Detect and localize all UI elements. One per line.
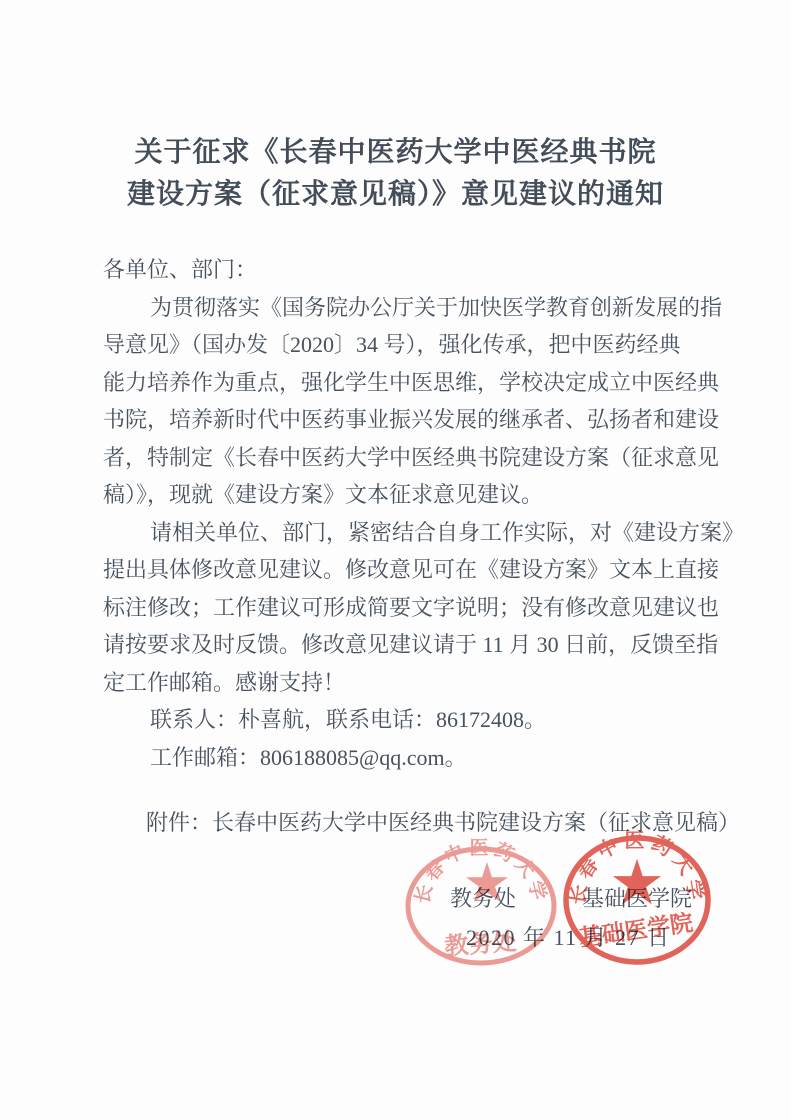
body-line: 请按要求及时反馈。修改意见建议请于 11 月 30 日前，反馈至指 [103, 626, 728, 664]
signature-unit-right: 基础医学院 [582, 882, 692, 913]
body-line: 能力培养作为重点，强化学生中医思维，学校决定成立中医经典 [103, 364, 728, 402]
body-line: 标注修改；工作建议可形成简要文字说明；没有修改意见建议也 [103, 589, 728, 627]
document-title-line1: 关于征求《长春中医药大学中医经典书院 [0, 132, 791, 174]
body-line: 联系人：朴喜航，联系电话：86172408。 [103, 701, 728, 739]
body-lines: 各单位、部门：为贯彻落实《国务院办公厅关于加快医学教育创新发展的指导意见》（国办… [103, 251, 728, 776]
body-line: 者，特制定《长春中医药大学中医经典书院建设方案（征求意见 [103, 439, 728, 477]
body-line: 导意见》（国办发〔2020〕34 号），强化传承，把中医药经典 [103, 326, 728, 364]
signature-date: 2020 年 11 月 27 日 [466, 921, 671, 952]
body-line: 书院，培养新时代中医药事业振兴发展的继承者、弘扬者和建设 [103, 401, 728, 439]
body-line: 为贯彻落实《国务院办公厅关于加快医学教育创新发展的指 [103, 289, 728, 327]
attachment-line: 附件：长春中医药大学中医经典书院建设方案（征求意见稿） [146, 806, 740, 837]
body-line: 定工作邮箱。感谢支持！ [103, 664, 728, 702]
body-line: 提出具体修改意见建议。修改意见可在《建设方案》文本上直接 [103, 551, 728, 589]
body-line: 稿）》，现就《建设方案》文本征求意见建议。 [103, 476, 728, 514]
body-line: 工作邮箱：806188085@qq.com。 [103, 739, 728, 777]
document-title-line2: 建设方案（征求意见稿）》意见建议的通知 [0, 174, 791, 216]
body-line: 请相关单位、部门，紧密结合自身工作实际，对《建设方案》 [103, 514, 728, 552]
document-title: 关于征求《长春中医药大学中医经典书院 建设方案（征求意见稿）》意见建议的通知 [0, 132, 791, 216]
body-line: 各单位、部门： [103, 251, 728, 289]
scanned-notice-document: { "title": { "line1": "关于征求《长春中医药大学中医经典书… [0, 0, 791, 1120]
signature-unit-left: 教务处 [450, 882, 516, 913]
